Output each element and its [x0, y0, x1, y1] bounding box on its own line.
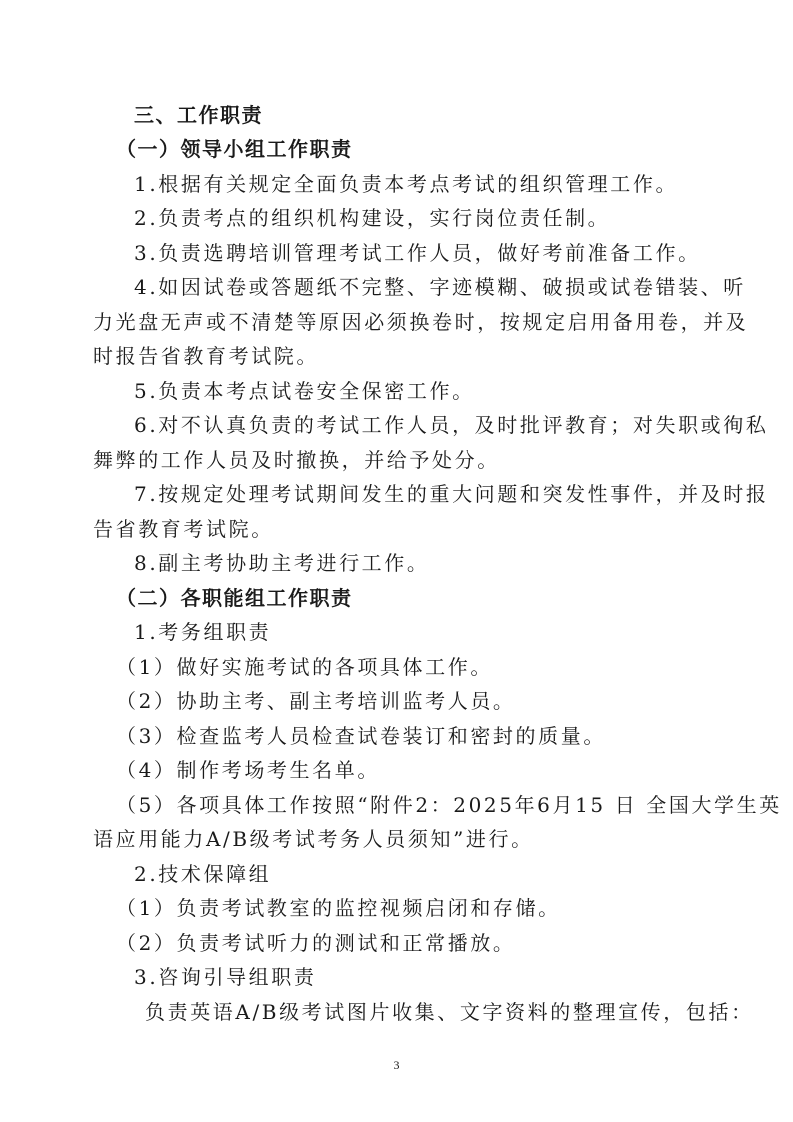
list-item: （3）检查监考人员检查试卷装订和密封的质量。 — [116, 724, 736, 748]
list-item: （2）协助主考、副主考培训监考人员。 — [116, 689, 736, 713]
list-item: （1）负责考试教室的监控视频启闭和存储。 — [116, 896, 736, 920]
paragraph-line: 3.负责选聘培训管理考试工作人员，做好考前准备工作。 — [134, 241, 754, 265]
section-heading: 三、工作职责 — [134, 103, 754, 127]
group-title-exam-affairs: 1.考务组职责 — [134, 620, 754, 644]
list-item: （1）做好实施考试的各项具体工作。 — [116, 655, 736, 679]
group-title-consult-guide: 3.咨询引导组职责 — [134, 965, 754, 989]
list-item: （5）各项具体工作按照“附件2：2025年6月15 日 全国大学生英 — [116, 793, 736, 817]
paragraph-line: 6.对不认真负责的考试工作人员，及时批评教育；对失职或徇私 — [134, 413, 754, 437]
list-item: （2）负责考试听力的测试和正常播放。 — [116, 931, 736, 955]
group-title-tech-support: 2.技术保障组 — [134, 862, 754, 886]
paragraph-line: 1.根据有关规定全面负责本考点考试的组织管理工作。 — [134, 172, 754, 196]
paragraph-line: 告省教育考试院。 — [93, 517, 713, 541]
paragraph-line: 力光盘无声或不清楚等原因必须换卷时，按规定启用备用卷，并及 — [93, 310, 713, 334]
subsection-heading-functional-groups: （二）各职能组工作职责 — [116, 586, 736, 610]
paragraph-line: 舞弊的工作人员及时撤换，并给予处分。 — [93, 448, 713, 472]
paragraph-line: 5.负责本考点试卷安全保密工作。 — [134, 379, 754, 403]
list-item: （4）制作考场考生名单。 — [116, 758, 736, 782]
paragraph-line: 2.负责考点的组织机构建设，实行岗位责任制。 — [134, 206, 754, 230]
document-page: 三、工作职责 （一）领导小组工作职责 1.根据有关规定全面负责本考点考试的组织管… — [0, 0, 793, 1122]
subsection-heading-leader-group: （一）领导小组工作职责 — [116, 137, 736, 161]
paragraph-line: 时报告省教育考试院。 — [93, 344, 713, 368]
paragraph-line: 7.按规定处理考试期间发生的重大问题和突发性事件，并及时报 — [134, 482, 754, 506]
paragraph-line: 4.如因试卷或答题纸不完整、字迹模糊、破损或试卷错装、听 — [134, 275, 754, 299]
paragraph-line: 8.副主考协助主考进行工作。 — [134, 551, 754, 575]
paragraph-line: 负责英语A/B级考试图片收集、文字资料的整理宣传，包括： — [145, 1000, 765, 1024]
page-number: 3 — [0, 1058, 793, 1073]
list-item: 语应用能力A/B级考试考务人员须知”进行。 — [93, 827, 713, 851]
